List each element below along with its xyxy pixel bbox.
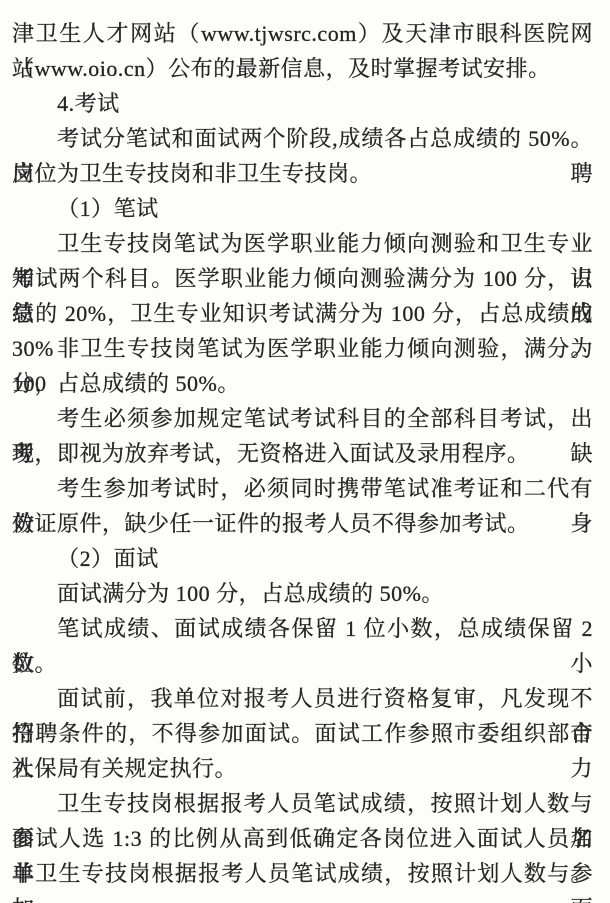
document-page: 津卫生人才网站（www.tjwsrc.com）及天津市眼科医院网站 （www.o… <box>0 0 610 903</box>
text-line: 面试满分为 100 分，占总成绩的 50%。 <box>12 576 593 611</box>
text-line: 卫生专技岗笔试为医学职业能力倾向测验和卫生专业知识 <box>12 226 593 261</box>
text-line: 考，即视为放弃考试，无资格进入面试及录用程序。 <box>12 436 593 471</box>
subsection-heading-interview: （2）面试 <box>12 541 593 576</box>
text-line: 卫生专技岗根据报考人员笔试成绩，按照计划人数与参加 <box>12 786 593 821</box>
text-line: （www.oio.cn）公布的最新信息，及时掌握考试安排。 <box>12 51 593 86</box>
text-line: 考试两个科目。医学职业能力倾向测验满分为 100 分，占总成 <box>12 261 593 296</box>
text-line: 招聘条件的，不得参加面试。面试工作参照市委组织部市人力 <box>12 716 593 751</box>
text-line: 津卫生人才网站（www.tjwsrc.com）及天津市眼科医院网站 <box>12 16 593 51</box>
text-line: 非卫生专技岗笔试为医学职业能力倾向测验，满分为 100 <box>12 331 593 366</box>
subsection-heading-written-test: （1）笔试 <box>12 191 593 226</box>
text-line: 考生必须参加规定笔试考试科目的全部科目考试，出现缺 <box>12 401 593 436</box>
text-line: 面试人选 1:3 的比例从高到低确定各岗位进入面试人员名单。 <box>12 821 593 856</box>
text-line: 分，占总成绩的 50%。 <box>12 366 593 401</box>
text-line: 考试分笔试和面试两个阶段,成绩各占总成绩的 50%。应聘 <box>12 121 593 156</box>
text-line: 面试前，我单位对报考人员进行资格复审，凡发现不符合 <box>12 681 593 716</box>
text-line: 份证原件，缺少任一证件的报考人员不得参加考试。 <box>12 506 593 541</box>
section-heading-exam: 4.考试 <box>12 86 593 121</box>
text-line: 笔试成绩、面试成绩各保留 1 位小数，总成绩保留 2 位小 <box>12 611 593 646</box>
text-line: 非卫生专技岗根据报考人员笔试成绩，按照计划人数与参加面 <box>12 856 593 891</box>
text-line: 绩的 20%，卫生专业知识考试满分为 100 分，占总成绩的 30%。 <box>12 296 593 331</box>
text-line: 考生参加考试时，必须同时携带笔试准考证和二代有效身 <box>12 471 593 506</box>
